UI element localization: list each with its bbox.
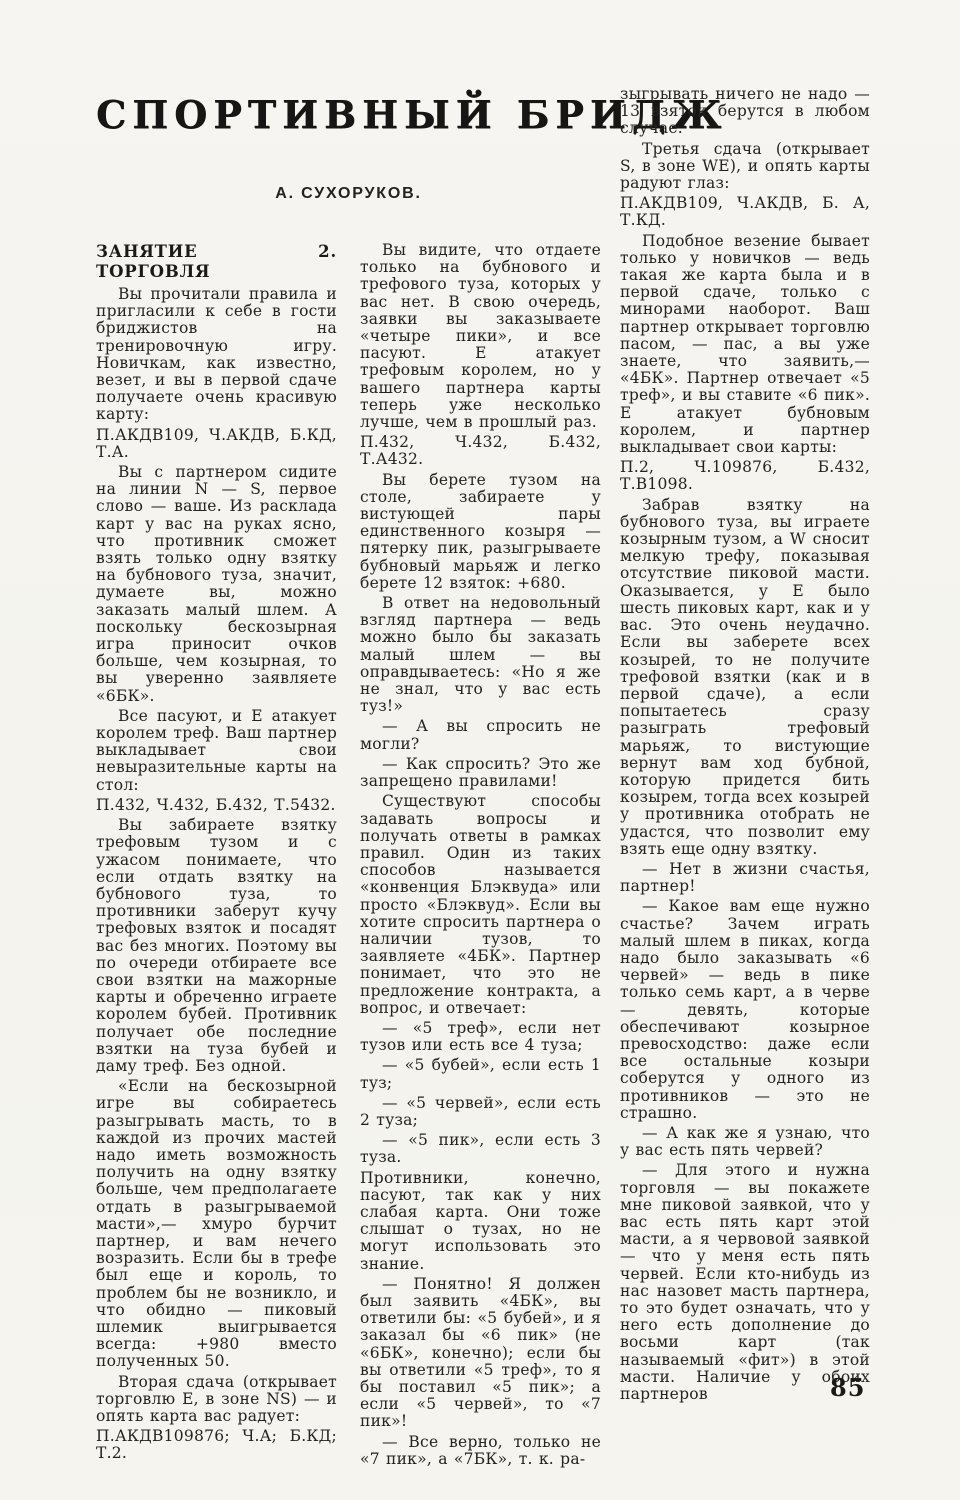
paragraph: Вторая сдача (открывает торговлю Е, в зо… [96, 1374, 337, 1426]
page-number: 85 [830, 1374, 865, 1402]
convention-item: — «5 треф», если нет тузов или есть все … [360, 1020, 601, 1054]
dialogue-line: — Для этого и нужна торговля — вы покаже… [620, 1162, 870, 1403]
card-list: П.432, Ч.432, Б.432, Т.5432. [96, 797, 337, 814]
paragraph: Вы забираете взятку трефовым тузом и с у… [96, 817, 337, 1075]
column-3: зыгрывать ничего не надо — 13 взяток бер… [620, 86, 870, 1406]
dialogue-line: — Понятно! Я должен был заявить «4БК», в… [360, 1276, 601, 1431]
dialogue-line: — А вы спросить не могли? [360, 718, 601, 752]
column-2: Вы видите, что отдаете только на бубново… [360, 242, 601, 1471]
card-list: П.2, Ч.109876, Б.432, Т.В1098. [620, 459, 870, 493]
card-list: П.АКДВ109, Ч.АКДВ, Б.КД, Т.А. [96, 427, 337, 461]
section-heading: ЗАНЯТИЕ 2. ТОРГОВЛЯ [96, 242, 337, 282]
paragraph: Третья сдача (открывает S, в зоне WE), и… [620, 141, 870, 193]
paragraph: Подобное везение бывает только у новичко… [620, 233, 870, 457]
card-list: П.АКДВ109876; Ч.А; Б.КД; Т.2. [96, 1428, 337, 1462]
paragraph: зыгрывать ничего не надо — 13 взяток бер… [620, 86, 870, 138]
masthead-and-columns: СПОРТИВНЫЙ БРИДЖ А. СУХОРУКОВ. ЗАНЯТИЕ 2… [96, 84, 601, 1471]
paragraph: Вы прочитали правила и пригласили к себе… [96, 286, 337, 424]
convention-item: — «5 червей», если есть 2 туза; [360, 1095, 601, 1129]
two-column-area: ЗАНЯТИЕ 2. ТОРГОВЛЯ Вы прочитали правила… [96, 242, 601, 1471]
dialogue-line: — Как спросить? Это же запрещено правила… [360, 756, 601, 790]
dialogue-line: — Какое вам еще нужно счастье? Зачем игр… [620, 898, 870, 1122]
paragraph: «Если на бескозырной игре вы собираетесь… [96, 1078, 337, 1370]
paragraph: Существуют способы задавать вопросы и по… [360, 793, 601, 1017]
paragraph: Все пасуют, и Е атакует королем треф. Ва… [96, 708, 337, 794]
magazine-page: СПОРТИВНЫЙ БРИДЖ А. СУХОРУКОВ. ЗАНЯТИЕ 2… [0, 0, 960, 1500]
convention-item: — «5 бубей», если есть 1 туз; [360, 1057, 601, 1091]
dialogue-line: — А как же я узнаю, что у вас есть пять … [620, 1125, 870, 1159]
author-byline: А. СУХОРУКОВ. [96, 184, 601, 203]
page-title: СПОРТИВНЫЙ БРИДЖ [96, 92, 601, 138]
paragraph: Вы берете тузом на столе, забираете у ви… [360, 472, 601, 592]
card-list: П.АКДВ109, Ч.АКДВ, Б. А, Т.КД. [620, 195, 870, 229]
paragraph: Вы с партнером сидите на линии N — S, пе… [96, 464, 337, 705]
dialogue-line: — Все верно, только не «7 пик», а «7БК»,… [360, 1434, 601, 1468]
paragraph: Забрав взятку на бубнового туза, вы игра… [620, 497, 870, 858]
paragraph: Противники, конечно, пасуют, так как у н… [360, 1170, 601, 1273]
paragraph: Вы видите, что отдаете только на бубново… [360, 242, 601, 431]
convention-item: — «5 пик», если есть 3 туза. [360, 1132, 601, 1166]
paragraph: В ответ на недовольный взгляд партнера —… [360, 595, 601, 715]
dialogue-line: — Нет в жизни счастья, партнер! [620, 861, 870, 895]
card-list: П.432, Ч.432, Б.432, Т.А432. [360, 434, 601, 468]
column-1: ЗАНЯТИЕ 2. ТОРГОВЛЯ Вы прочитали правила… [96, 242, 337, 1471]
